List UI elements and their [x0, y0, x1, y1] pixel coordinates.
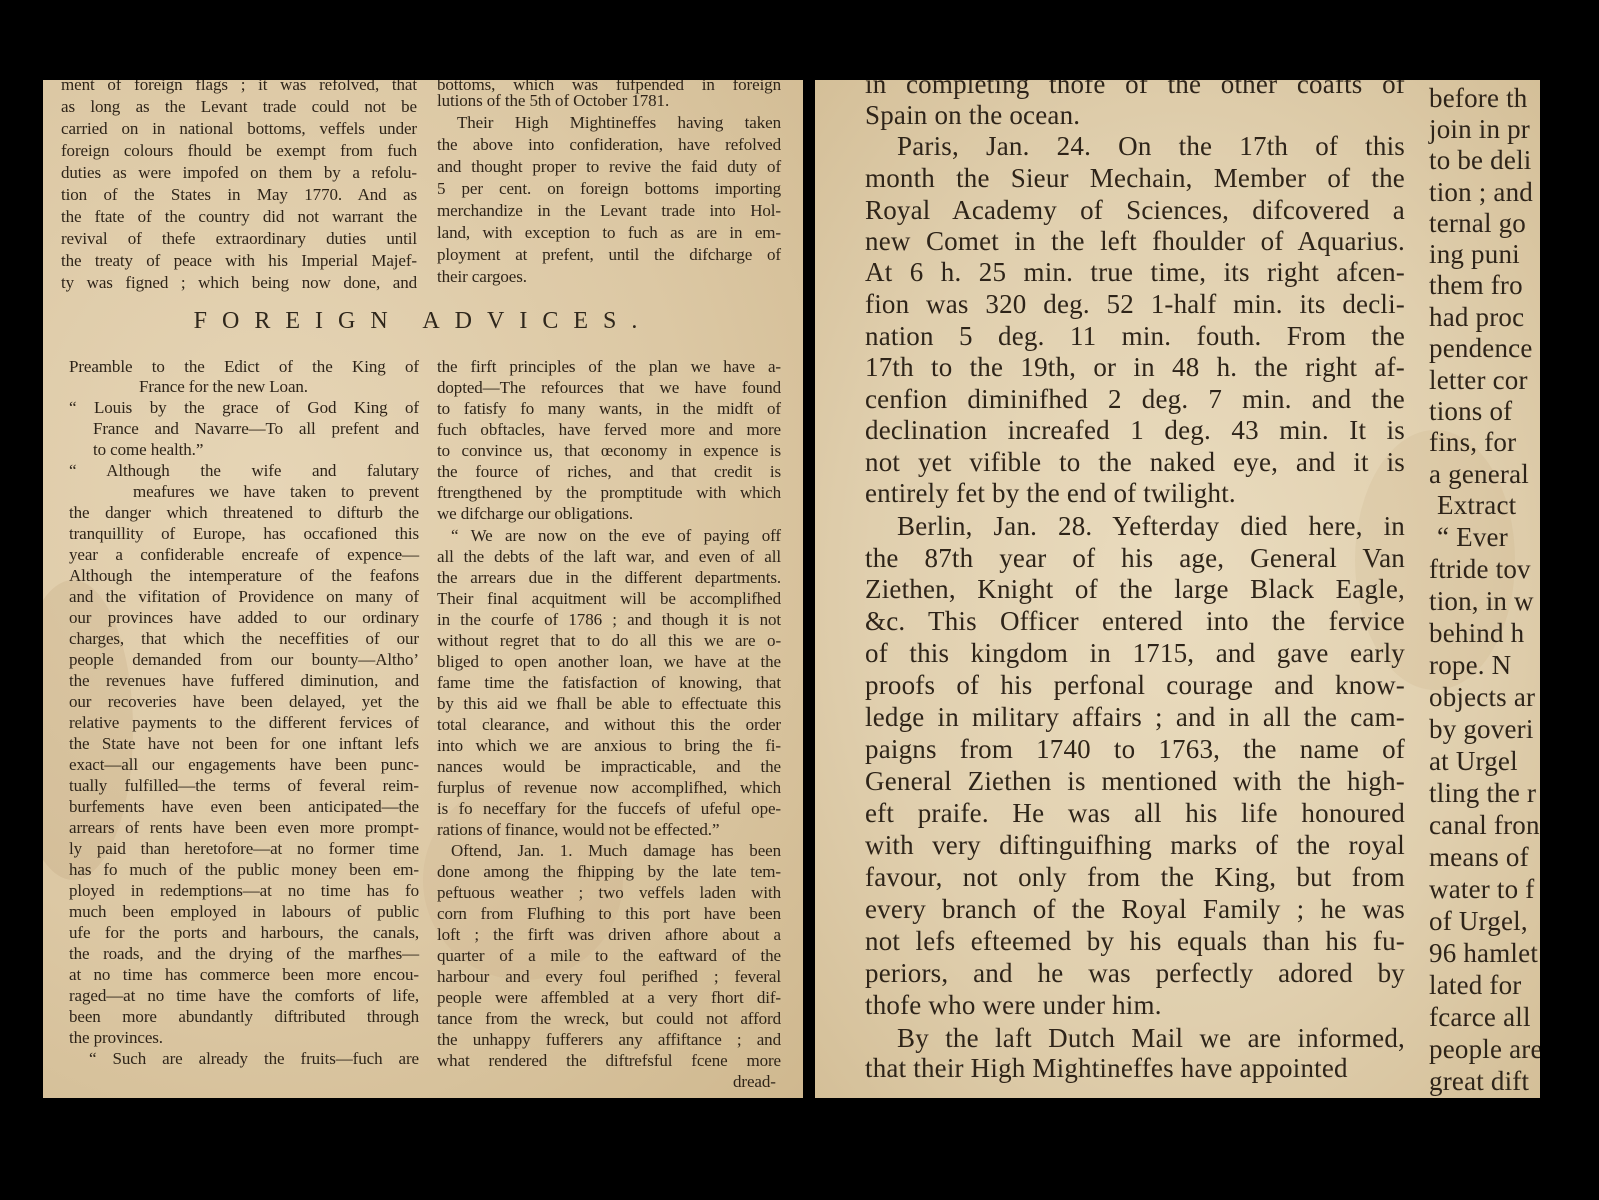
text-line: nation 5 deg. 11 min. fouth. From the [865, 320, 1405, 352]
text-line: objects ar [1429, 681, 1535, 713]
text-line: fion was 320 deg. 52 1-half min. its dec… [865, 288, 1405, 320]
text-line: the provinces. [69, 1027, 163, 1048]
text-line: 96 hamlet [1429, 937, 1538, 969]
text-line: ty was figned ; which being now done, an… [61, 272, 417, 293]
text-line: ternal go [1429, 207, 1526, 239]
text-line: much been employed in labours of public [69, 901, 419, 922]
text-line: Ziethen, Knight of the large Black Eagle… [865, 573, 1405, 605]
text-line: carried on in national bottoms, veffels … [61, 118, 417, 139]
text-line: before th [1429, 82, 1528, 114]
text-line: revival of thefe extraordinary duties un… [61, 228, 417, 249]
text-line: means of [1429, 841, 1529, 873]
text-line: join in pr [1429, 113, 1530, 145]
text-line: foreign colours fhould be exempt from fu… [61, 140, 417, 161]
text-line: burfements have even been anticipated—th… [69, 796, 419, 817]
text-line: General Ziethen is mentioned with the hi… [865, 765, 1405, 797]
text-line: what rendered the diftrefsful fcene more [437, 1050, 781, 1071]
text-line: month the Sieur Mechain, Member of the [865, 162, 1405, 194]
text-line: as long as the Levant trade could not be [61, 96, 417, 117]
text-line: canal fron [1429, 809, 1540, 841]
section-heading: FOREIGN ADVICES. [43, 308, 803, 335]
text-line: proofs of his perfonal courage and know- [865, 669, 1405, 701]
text-line: dread- [733, 1071, 776, 1092]
text-line: has fo much of the public money been em- [69, 859, 419, 880]
text-line: Their High Mightineffes having taken [457, 112, 781, 133]
text-line: “ Ever [1437, 521, 1508, 553]
text-line: France and Navarre—To all prefent and [93, 418, 419, 439]
text-line: fuch obftacles, have ferved more and mor… [437, 419, 781, 440]
text-line: ly paid than heretofore—at no former tim… [69, 838, 419, 859]
text-line: &c. This Officer entered into the fervic… [865, 605, 1405, 637]
right-newspaper-page: in completing thofe of the other coafts … [815, 80, 1540, 1098]
text-line: the arrears due in the different departm… [437, 567, 781, 588]
text-line: Royal Academy of Sciences, difcovered a [865, 194, 1405, 226]
text-line: quarter of a mile to the eaftward of the [437, 945, 781, 966]
text-line: is fo neceffary for the fuccefs of ufefu… [437, 798, 781, 819]
text-line: a general [1429, 458, 1529, 490]
text-line: ment of foreign flags ; it was refolved,… [61, 80, 417, 95]
text-line: rope. N [1429, 649, 1511, 681]
text-line: lated for [1429, 969, 1522, 1001]
text-line: Extract [1437, 489, 1516, 521]
text-line: the ftate of the country did not warrant… [61, 206, 417, 227]
text-line: rations of finance, would not be effecte… [437, 819, 719, 840]
text-line: tion of the States in May 1770. And as [61, 184, 417, 205]
text-line: favour, not only from the King, but from [865, 861, 1405, 893]
text-line: to fatisfy fo many wants, in the midft o… [437, 398, 781, 419]
text-line: to come health.” [93, 439, 203, 460]
text-line: with very diftinguifhing marks of the ro… [865, 829, 1405, 861]
text-line: ledge in military affairs ; and in all t… [865, 701, 1405, 733]
text-line: the State have not been for one inftant … [69, 733, 419, 754]
left-newspaper-page: ment of foreign flags ; it was refolved,… [43, 80, 803, 1098]
text-line: cenfion diminifhed 2 deg. 7 min. and the [865, 383, 1405, 415]
text-line: 17th to the 19th, or in 48 h. the right … [865, 351, 1405, 383]
text-line: by goveri [1429, 713, 1534, 745]
text-line: and thought proper to revive the faid du… [437, 156, 781, 177]
text-line: charges, that which the neceffities of o… [69, 628, 419, 649]
text-line: At 6 h. 25 min. true time, its right afc… [865, 256, 1405, 288]
text-line: people were affembled at a very fhort di… [437, 987, 781, 1008]
text-line: land, with exception to fuch as are in e… [437, 222, 781, 243]
text-line: total clearance, and without this the or… [437, 714, 781, 735]
text-line: tion ; and [1429, 176, 1533, 208]
text-line: Spain on the ocean. [865, 99, 1080, 131]
text-line: great dift [1429, 1065, 1529, 1097]
text-line: paigns from 1740 to 1763, the name of [865, 733, 1405, 765]
text-line: our provinces have added to our ordinary [69, 607, 419, 628]
text-line: of Urgel, [1429, 905, 1528, 937]
text-line: by this aid we fhall be able to effectua… [437, 693, 781, 714]
text-line: their cargoes. [437, 266, 781, 287]
text-line: pendence [1429, 332, 1533, 364]
text-line: every branch of the Royal Family ; he wa… [865, 893, 1405, 925]
text-line: been more abundantly diftributed through [69, 1006, 419, 1027]
text-line: done among the fhipping by the late tem- [437, 861, 781, 882]
text-line: Although the intemperature of the feafon… [69, 565, 419, 586]
text-line: at Urgel [1429, 745, 1518, 777]
text-line: raged—at no time have the comforts of li… [69, 985, 419, 1006]
text-line: ployed in redemptions—at no time has fo [69, 880, 419, 901]
text-line: the unhappy fufferers any affiftance ; a… [437, 1029, 781, 1050]
text-line: not yet vifible to the naked eye, and it… [865, 446, 1405, 478]
text-line: Berlin, Jan. 28. Yefterday died here, in [897, 510, 1405, 542]
text-line: peftuous weather ; two veffels laden wit… [437, 882, 781, 903]
text-line: “ Such are already the fruits—fuch are [89, 1048, 419, 1069]
text-line: and the vifitation of Providence on many… [69, 586, 419, 607]
text-line: to be deli [1429, 144, 1531, 176]
text-line: the 87th year of his age, General Van [865, 542, 1405, 574]
text-line: entirely fet by the end of twilight. [865, 477, 1236, 509]
text-line: new Comet in the left fhoulder of Aquari… [865, 225, 1405, 257]
text-line: furplus of revenue now accomplifhed, whi… [437, 777, 781, 798]
text-line: corn from Flufhing to this port have bee… [437, 903, 781, 924]
text-line: eft praife. He was all his life honoured [865, 797, 1405, 829]
text-line: ployment at prefent, until the difcharge… [437, 244, 781, 265]
text-line: into which we are anxious to bring the f… [437, 735, 781, 756]
text-line: Oftend, Jan. 1. Much damage has been [451, 840, 781, 861]
text-line: merchandize in the Levant trade into Hol… [437, 200, 781, 221]
text-line: declination increafed 1 deg. 43 min. It … [865, 414, 1405, 446]
text-line: of this kingdom in 1715, and gave early [865, 637, 1405, 669]
text-line: duties as were impofed on them by a refo… [61, 162, 417, 183]
text-line: the danger which threatened to difturb t… [69, 502, 419, 523]
text-line: in completing thofe of the other coafts … [865, 80, 1405, 100]
text-line: tions of [1429, 395, 1512, 427]
text-line: “ Louis by the grace of God King of [69, 397, 419, 418]
text-line: thofe who were under him. [865, 989, 1162, 1021]
text-line: ufe for the ports and harbours, the cana… [69, 922, 419, 943]
text-line: people demanded from our bounty—Altho’ [69, 649, 419, 670]
text-line: “ Although the wife and falutary [69, 460, 419, 481]
text-line: periors, and he was perfectly adored by [865, 957, 1405, 989]
text-line: our recoveries have been delayed, yet th… [69, 691, 419, 712]
text-line: ftrengthened by the promptitude with whi… [437, 482, 781, 503]
text-line: exact—all our engagements have been punc… [69, 754, 419, 775]
text-line: the roads, and the drying of the marfhes… [69, 943, 419, 964]
text-line: dopted—The refources that we have found [437, 377, 781, 398]
text-line: fame time the fatisfaction of knowing, t… [437, 672, 781, 693]
text-line: nances would be impracticable, and the [437, 756, 781, 777]
text-line: the revenues have fuffered diminution, a… [69, 670, 419, 691]
text-line: the firft principles of the plan we have… [437, 356, 781, 377]
text-line: arrears of rents have been even more pro… [69, 817, 419, 838]
text-line: fcarce all [1429, 1001, 1531, 1033]
text-line: we difcharge our obligations. [437, 503, 633, 524]
text-line: tranquillity of Europe, has occafioned t… [69, 523, 419, 544]
text-line: Paris, Jan. 24. On the 17th of this [897, 130, 1405, 162]
text-line: bliged to open another loan, we have at … [437, 651, 781, 672]
text-line: lutions of the 5th of October 1781. [437, 90, 781, 111]
text-line: had proc [1429, 301, 1524, 333]
text-line: at no time has commerce been more encou- [69, 964, 419, 985]
text-line: fins, for [1429, 426, 1516, 458]
text-line: loft ; the firft was driven afhore about… [437, 924, 781, 945]
text-line: meafures we have taken to prevent [133, 481, 419, 502]
text-line: the treaty of peace with his Imperial Ma… [61, 250, 417, 271]
text-line: tance from the wreck, but could not affo… [437, 1008, 781, 1029]
text-line: tion, in w [1429, 585, 1534, 617]
text-line: “ We are now on the eve of paying off [451, 525, 781, 546]
text-line: 5 per cent. on foreign bottoms importing [437, 178, 781, 199]
text-line: By the laft Dutch Mail we are informed, [897, 1022, 1405, 1054]
text-line: ing puni [1429, 238, 1520, 270]
text-line: harbour and every foul perifhed ; fevera… [437, 966, 781, 987]
text-line: people are [1429, 1033, 1540, 1065]
text-line: not lefs efteemed by his equals than his… [865, 925, 1405, 957]
text-line: to convince us, that œconomy in expence … [437, 440, 781, 461]
text-line: tling the r [1429, 777, 1536, 809]
text-line: that their High Mightineffes have appoin… [865, 1052, 1348, 1084]
text-line: Preamble to the Edict of the King of [69, 356, 419, 377]
text-line: year a confiderable encreafe of expence— [69, 544, 419, 565]
text-line: the fource of riches, and that credit is [437, 461, 781, 482]
text-line: in the courfe of 1786 ; and though it is… [437, 609, 781, 630]
text-line: them fro [1429, 269, 1523, 301]
text-line: tually fulfilled—the terms of feveral re… [69, 775, 419, 796]
text-line: letter cor [1429, 364, 1528, 396]
text-line: behind h [1429, 617, 1524, 649]
text-line: ftride tov [1429, 553, 1531, 585]
text-line: without regret that to do all this we ar… [437, 630, 781, 651]
text-line: water to f [1429, 873, 1534, 905]
text-line: all the debts of the laft war, and even … [437, 546, 781, 567]
text-line: the above into confideration, have refol… [437, 134, 781, 155]
text-line: relative payments to the different fervi… [69, 712, 419, 733]
text-line: Their final acquitment will be accomplif… [437, 588, 781, 609]
text-line: France for the new Loan. [139, 376, 308, 397]
